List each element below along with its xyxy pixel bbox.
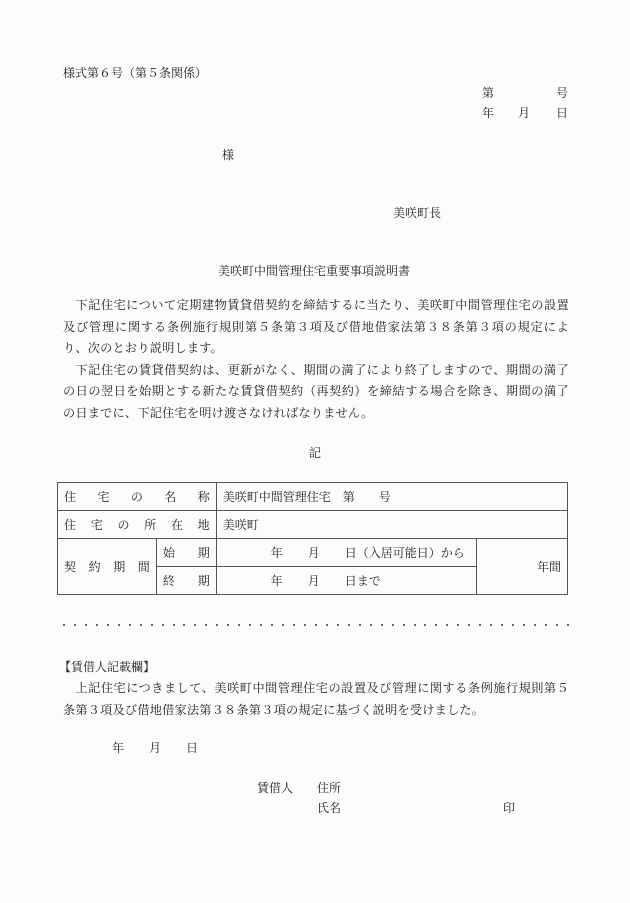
tenant-date-month[interactable]: 月 bbox=[149, 742, 161, 754]
label-char: 期 bbox=[198, 572, 210, 589]
recipient-suffix: 様 bbox=[222, 149, 234, 161]
label-char: 期 bbox=[198, 544, 210, 561]
label-housing-location: 住 宅 の 所 在 地 bbox=[58, 511, 217, 539]
table-row-period-start: 契 約 期 間 始 期 年 月 日（入居可能日）から 年間 bbox=[58, 539, 568, 567]
label-char: の bbox=[131, 488, 143, 505]
end-month: 月 bbox=[308, 575, 320, 587]
tenant-date-day[interactable]: 日 bbox=[186, 742, 198, 754]
label-char: 住 bbox=[64, 516, 76, 533]
body-paragraph-1: 下記住宅について定期建物賃貸借契約を締結するに当たり、美咲町中間管理住宅の設置及… bbox=[63, 295, 569, 360]
value-start-date[interactable]: 年 月 日（入居可能日）から bbox=[216, 539, 476, 567]
address-label[interactable]: 住所 bbox=[317, 782, 341, 794]
label-char: 在 bbox=[171, 516, 183, 533]
date-day: 日 bbox=[556, 107, 568, 119]
body-text: 下記住宅について定期建物賃貸借契約を締結するに当たり、美咲町中間管理住宅の設置及… bbox=[63, 295, 569, 424]
label-start: 始 期 bbox=[156, 539, 216, 567]
start-month: 月 bbox=[308, 547, 320, 559]
label-char: 期 bbox=[113, 558, 125, 575]
tenant-section-text-block: 上記住宅につきまして、美咲町中間管理住宅の設置及び管理に関する条例施行規則第５条… bbox=[63, 678, 569, 721]
ki-heading: 記 bbox=[309, 447, 321, 459]
name-label[interactable]: 氏名 bbox=[317, 802, 341, 814]
tenant-section-heading: 【賃借人記載欄】 bbox=[59, 661, 155, 673]
tenant-acknowledgement: 上記住宅につきまして、美咲町中間管理住宅の設置及び管理に関する条例施行規則第５条… bbox=[63, 678, 569, 721]
label-char: 名 bbox=[164, 488, 176, 505]
label-char: 契 bbox=[64, 558, 76, 575]
label-char: 約 bbox=[89, 558, 101, 575]
dotted-separator bbox=[63, 624, 569, 626]
body-paragraph-2: 下記住宅の賃貸借契約は、更新がなく、期間の満了により終了しますので、期間の満了の… bbox=[63, 360, 569, 425]
end-day-suffix: 日まで bbox=[345, 575, 381, 587]
label-char: 称 bbox=[198, 488, 210, 505]
label-char: の bbox=[117, 516, 129, 533]
doc-number-prefix: 第 bbox=[482, 87, 494, 99]
end-year: 年 bbox=[271, 575, 283, 587]
table-row-location: 住 宅 の 所 在 地 美咲町 bbox=[58, 511, 568, 539]
label-char: 宅 bbox=[91, 516, 103, 533]
tenant-label: 賃借人 bbox=[257, 782, 293, 794]
table-row-name: 住 宅 の 名 称 美咲町中間管理住宅 第 号 bbox=[58, 483, 568, 511]
label-char: 地 bbox=[198, 516, 210, 533]
label-char: 間 bbox=[138, 558, 150, 575]
label-contract-period: 契 約 期 間 bbox=[58, 539, 157, 595]
value-housing-name[interactable]: 美咲町中間管理住宅 第 号 bbox=[216, 483, 567, 511]
label-char: 始 bbox=[163, 544, 175, 561]
value-duration[interactable]: 年間 bbox=[477, 539, 568, 595]
value-housing-location[interactable]: 美咲町 bbox=[216, 511, 567, 539]
label-char: 終 bbox=[163, 572, 175, 589]
start-day-suffix: 日（入居可能日）から bbox=[345, 547, 465, 559]
housing-info-table: 住 宅 の 名 称 美咲町中間管理住宅 第 号 住 宅 の 所 在 地 美咲町 … bbox=[57, 482, 568, 595]
label-char: 住 bbox=[64, 488, 76, 505]
document-title: 美咲町中間管理住宅重要事項説明書 bbox=[218, 265, 410, 277]
label-char: 宅 bbox=[97, 488, 109, 505]
tenant-date-year[interactable]: 年 bbox=[112, 742, 124, 754]
date-month: 月 bbox=[518, 107, 530, 119]
label-end: 終 期 bbox=[156, 567, 216, 595]
form-number: 様式第６号（第５条関係） bbox=[63, 67, 207, 79]
issuer: 美咲町長 bbox=[393, 207, 441, 219]
seal-mark: 印 bbox=[503, 802, 515, 814]
doc-number-suffix: 号 bbox=[556, 87, 568, 99]
label-char: 所 bbox=[144, 516, 156, 533]
start-year: 年 bbox=[271, 547, 283, 559]
value-end-date[interactable]: 年 月 日まで bbox=[216, 567, 476, 595]
label-housing-name: 住 宅 の 名 称 bbox=[58, 483, 217, 511]
date-year: 年 bbox=[482, 107, 494, 119]
